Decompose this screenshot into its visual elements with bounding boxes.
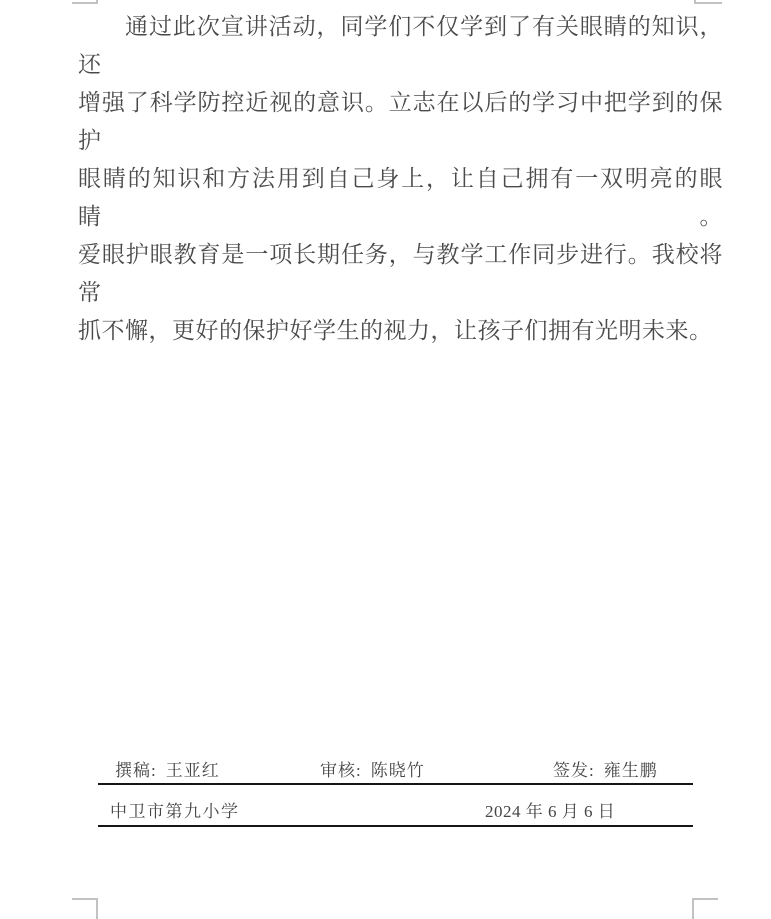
document-page: 通过此次宣讲活动，同学们不仅学到了有关眼睛的知识，还 增强了科学防控近视的意识。… [0, 0, 771, 919]
drafter-label: 撰稿: [115, 761, 157, 780]
signoff-drafter: 撰稿:王亚红 [115, 756, 220, 781]
body-line: 眼睛的知识和方法用到自己身上，让自己拥有一双明亮的眼睛。 [78, 160, 723, 236]
mark-line [72, 898, 98, 900]
footer-rule-top [98, 783, 693, 785]
body-line: 抓不懈，更好的保护好学生的视力，让孩子们拥有光明未来。 [78, 312, 723, 350]
mark-line [692, 898, 694, 919]
issuer-label: 签发: [553, 761, 595, 780]
issuer-name: 雍生鹏 [604, 761, 658, 780]
drafter-name: 王亚红 [166, 761, 220, 780]
mark-line [96, 0, 98, 4]
signoff-issuer: 签发:雍生鹏 [553, 756, 658, 781]
reviewer-name: 陈晓竹 [371, 761, 425, 780]
signoff-reviewer: 审核:陈晓竹 [320, 756, 425, 781]
mark-line [694, 0, 696, 4]
footer-rule-bottom [98, 825, 693, 827]
body-line: 爱眼护眼教育是一项长期任务，与教学工作同步进行。我校将常 [78, 236, 723, 312]
mark-line [96, 898, 98, 919]
issue-date: 2024 年 6 月 6 日 [485, 797, 615, 822]
mark-line [694, 2, 722, 4]
reviewer-label: 审核: [320, 761, 362, 780]
body-line: 通过此次宣讲活动，同学们不仅学到了有关眼睛的知识，还 [78, 8, 723, 84]
body-line: 增强了科学防控近视的意识。立志在以后的学习中把学到的保护 [78, 84, 723, 160]
document-body: 通过此次宣讲活动，同学们不仅学到了有关眼睛的知识，还 增强了科学防控近视的意识。… [78, 8, 723, 350]
organization-name: 中卫市第九小学 [110, 797, 240, 822]
mark-line [72, 2, 98, 4]
mark-line [692, 898, 718, 900]
